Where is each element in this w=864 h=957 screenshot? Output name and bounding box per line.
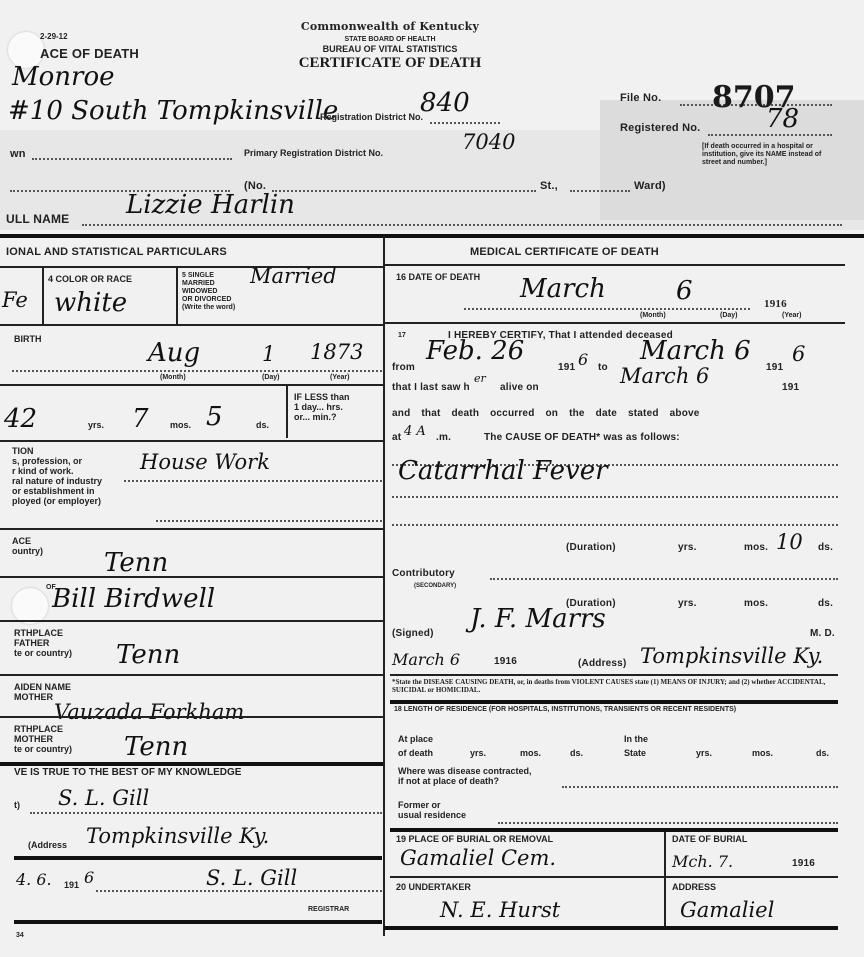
last-saw-value: March 6 [620, 364, 709, 388]
burial-place-label: 19 PLACE OF BURIAL OR REMOVAL [396, 834, 553, 844]
divider [0, 234, 864, 238]
yrs-label-3: yrs. [470, 748, 486, 758]
marital-value: Married [250, 264, 337, 288]
mos-label-2: mos. [744, 598, 768, 609]
place-of-death-label: ACE OF DEATH [40, 46, 139, 61]
ds-label-3: ds. [570, 748, 583, 758]
attended-from: Feb. 26 [426, 336, 524, 366]
informant-label: t) [14, 800, 20, 810]
less-than-note: IF LESS than 1 day... hrs. or... min.? [294, 392, 350, 422]
at-place-label: At place [398, 734, 433, 744]
cause-label: The CAUSE OF DEATH* was as follows: [484, 432, 680, 443]
divider [0, 674, 383, 676]
contributory-label: Contributory [392, 568, 455, 579]
option-married: MARRIED [182, 280, 215, 287]
birth-label: BIRTH [14, 334, 42, 344]
dotted-line [272, 190, 536, 192]
mother-birthplace-labels: RTHPLACE MOTHER te or country) [14, 724, 72, 754]
age-days: 5 [206, 402, 223, 432]
occupation-label-line: r kind of work. [12, 466, 102, 476]
ward-label: Ward) [634, 180, 666, 192]
burial-year: 1916 [792, 858, 815, 869]
ds-label: ds. [818, 542, 833, 553]
divider [385, 322, 845, 324]
birth-month: Aug [148, 338, 200, 368]
signed-year: 1916 [494, 656, 517, 667]
dotted-line [490, 578, 838, 580]
death-year: 1916 [764, 298, 787, 310]
date-of-death-label: 16 DATE OF DEATH [396, 272, 480, 282]
primary-district-value: 7040 [462, 130, 515, 154]
birthplace-value: Tenn [104, 548, 168, 578]
burial-date-value: Mch. 7. [672, 852, 733, 871]
undertaker-address-value: Gamaliel [680, 898, 774, 922]
commonwealth-title: Commonwealth of Kentucky [270, 20, 510, 33]
alive-year-label: 191 [782, 382, 799, 393]
dotted-line [498, 822, 838, 824]
yrs-label: yrs. [678, 542, 697, 553]
option-divorced: OR DIVORCED [182, 296, 231, 303]
mos-label: mos. [170, 420, 191, 430]
ds-label: ds. [256, 420, 269, 430]
divider [0, 576, 383, 578]
sex-value: Fe [2, 288, 28, 312]
mos-label-3: mos. [520, 748, 541, 758]
label-line: te or country) [14, 744, 72, 754]
occupation-value: House Work [140, 450, 270, 474]
attended-from-year: 6 [578, 350, 588, 369]
divider [286, 386, 288, 438]
last-saw-pronoun: er [474, 372, 486, 385]
attended-to: March 6 [640, 336, 751, 366]
label-line: RTHPLACE [14, 724, 72, 734]
from-label: from [392, 362, 415, 373]
last-saw-label: that I last saw h [392, 382, 470, 393]
label-line: te or country) [14, 648, 72, 658]
ds-label-2: ds. [818, 598, 833, 609]
filed-year-suffix: 6 [84, 868, 94, 887]
age-years: 42 [4, 404, 37, 434]
father-birthplace-value: Tenn [116, 640, 180, 670]
divider [390, 828, 838, 832]
year-caption: (Year) [782, 312, 801, 320]
undertaker-value: N. E. Hurst [440, 898, 560, 922]
label-line: if not at place of death? [398, 776, 532, 786]
age-months: 7 [132, 404, 149, 434]
punch-hole [12, 588, 48, 624]
to-year-label: 191 [766, 362, 783, 373]
divider [42, 268, 44, 324]
divider [0, 716, 383, 718]
signed-label: (Signed) [392, 628, 434, 639]
physician-value: J. F. Marrs [470, 604, 606, 634]
township-value: #10 South Tompkinsville [8, 96, 338, 126]
form-code: 2-29-12 [40, 32, 68, 42]
burial-date-label: DATE OF BURIAL [672, 834, 747, 844]
undertaker-address-label: ADDRESS [672, 882, 716, 892]
father-birthplace-labels: RTHPLACE FATHER te or country) [14, 628, 72, 658]
race-value: white [54, 288, 127, 318]
death-day: 6 [676, 276, 693, 306]
duration-label: (Duration) [566, 542, 616, 553]
file-no-label: File No. [620, 92, 661, 104]
dotted-line [12, 370, 382, 372]
divider [390, 674, 838, 676]
state-label: State [624, 748, 646, 758]
registered-no-label: Registered No. [620, 122, 700, 134]
from-year-label: 191 [558, 362, 575, 373]
contracted-label: Where was disease contracted, if not at … [398, 766, 532, 786]
registration-district-label: Registration District No. [320, 112, 423, 122]
label-line: MOTHER [14, 734, 72, 744]
divider [384, 926, 838, 930]
town-label: wn [10, 148, 26, 160]
dotted-line [96, 890, 382, 892]
death-certificate: 2-29-12 ACE OF DEATH Monroe #10 South To… [0, 0, 864, 957]
physician-address: Tompkinsville Ky. [640, 644, 823, 668]
death-month: March [520, 274, 606, 304]
marital-options: 5 SINGLE MARRIED WIDOWED OR DIVORCED (Wr… [182, 272, 235, 312]
former-residence-label: Former or usual residence [398, 800, 466, 820]
divider [0, 440, 383, 442]
bureau-label: BUREAU OF VITAL STATISTICS [270, 44, 510, 54]
header-block: Commonwealth of Kentucky STATE BOARD OF … [270, 20, 510, 72]
full-name-label: ULL NAME [6, 212, 69, 226]
dotted-line [156, 520, 382, 522]
dotted-line [82, 224, 842, 226]
in-the-label: In the [624, 734, 648, 744]
cause-footnote: *State the DISEASE CAUSING DEATH, or, in… [392, 678, 838, 694]
county-value: Monroe [12, 62, 115, 92]
yrs-label-4: yrs. [696, 748, 712, 758]
column-divider [383, 236, 385, 936]
divider [14, 920, 382, 924]
occupation-label-line: TION [12, 446, 102, 456]
divider [0, 528, 383, 530]
birthplace-label-line: ountry) [12, 546, 43, 556]
occupation-label-line: ployed (or employer) [12, 496, 102, 506]
informant-address-label: (Address [28, 840, 67, 850]
divider [0, 620, 383, 622]
street-label: St., [540, 180, 558, 192]
mos-label-4: mos. [752, 748, 773, 758]
divider [176, 268, 178, 324]
father-value: Bill Birdwell [52, 584, 215, 614]
divider [390, 876, 838, 878]
burial-place-value: Gamaliel Cem. [400, 846, 556, 870]
dotted-line [30, 812, 382, 814]
divider [390, 700, 838, 704]
at-label: at [392, 432, 401, 443]
month-caption: (Month) [160, 374, 186, 382]
divider [0, 762, 383, 766]
address-label: (Address) [578, 658, 626, 669]
month-caption: (Month) [640, 312, 666, 320]
registration-district-value: 840 [420, 88, 470, 118]
registrar-caption: REGISTRAR [308, 906, 349, 914]
dotted-line [392, 496, 838, 498]
medical-section-title: MEDICAL CERTIFICATE OF DEATH [470, 246, 659, 258]
dotted-line [708, 134, 832, 136]
option-widowed: WIDOWED [182, 288, 217, 295]
of-death-label: of death [398, 748, 433, 758]
dotted-line [32, 158, 232, 160]
residence-label: 18 LENGTH OF RESIDENCE (FOR HOSPITALS, I… [394, 706, 838, 714]
field-number: 5 [182, 272, 186, 279]
yrs-label-2: yrs. [678, 598, 697, 609]
yrs-label: yrs. [88, 420, 104, 430]
dotted-line [570, 190, 630, 192]
to-label: to [598, 362, 608, 373]
divider [0, 384, 383, 386]
registered-no-value: 78 [766, 104, 799, 134]
label-line: FATHER [14, 638, 72, 648]
label-line: Former or [398, 800, 466, 810]
md-label: M. D. [810, 628, 835, 639]
cause-value: Catarrhal Fever [398, 456, 608, 486]
option-write-hint: (Write the word) [182, 304, 235, 311]
duration-days: 10 [776, 530, 803, 554]
informant-address-value: Tompkinsville Ky. [86, 824, 269, 848]
occupation-label-line: or establishment in [12, 486, 102, 496]
day-caption: (Day) [720, 312, 738, 320]
occupation-labels: TION s, profession, or r kind of work. r… [12, 446, 102, 506]
certify-number: 17 [398, 332, 406, 340]
divider [0, 324, 383, 326]
alive-on-label: alive on [500, 382, 539, 393]
occupation-label-line: s, profession, or [12, 456, 102, 466]
undertaker-label: 20 UNDERTAKER [396, 882, 471, 892]
m-label: .m. [436, 432, 451, 443]
mos-label: mos. [744, 542, 768, 553]
board-label: STATE BOARD OF HEALTH [270, 36, 510, 44]
divider [14, 856, 382, 860]
divider [664, 832, 666, 928]
ds-label-4: ds. [816, 748, 829, 758]
death-occurred-text: and that death occurred on the date stat… [392, 408, 700, 419]
dotted-line [430, 122, 500, 124]
birthplace-label-line: ACE [12, 536, 43, 546]
less-than-line: or... min.? [294, 412, 350, 422]
race-label: 4 COLOR OR RACE [48, 274, 132, 284]
less-than-line: 1 day... hrs. [294, 402, 350, 412]
time-value: 4 A [404, 424, 426, 439]
personal-section-title: IONAL AND STATISTICAL PARTICULARS [6, 246, 227, 258]
dotted-line [392, 524, 838, 526]
full-name-value: Lizzie Harlin [126, 190, 295, 220]
mother-maiden-labels: AIDEN NAME MOTHER [14, 682, 71, 702]
label-line: AIDEN NAME [14, 682, 71, 692]
label-line: RTHPLACE [14, 628, 72, 638]
certificate-title: CERTIFICATE OF DEATH [270, 55, 510, 72]
signed-date: March 6 [392, 650, 460, 669]
label-line: Where was disease contracted, [398, 766, 532, 776]
mother-birthplace-value: Tenn [124, 732, 188, 762]
dotted-line [464, 308, 750, 310]
label-line: usual residence [398, 810, 466, 820]
secondary-label: (SECONDARY) [414, 582, 456, 590]
filed-date-value: 4. 6. [16, 870, 52, 889]
option-single: SINGLE [188, 272, 214, 279]
dotted-line [124, 480, 382, 482]
primary-district-label: Primary Registration District No. [244, 148, 383, 158]
day-caption: (Day) [262, 374, 280, 382]
hospital-note: [If death occurred in a hospital or inst… [702, 143, 834, 167]
informant-heading: VE IS TRUE TO THE BEST OF MY KNOWLEDGE [14, 768, 241, 778]
divider [385, 264, 845, 266]
less-than-line: IF LESS than [294, 392, 350, 402]
mother-maiden-value: Vauzada Forkham [54, 700, 244, 724]
birthplace-labels: ACE ountry) [12, 536, 43, 556]
birth-year: 1873 [310, 340, 363, 364]
registrar-value: S. L. Gill [206, 866, 297, 890]
year-caption: (Year) [330, 374, 349, 382]
dotted-line [562, 786, 838, 788]
filed-year-prefix: 191 [64, 880, 79, 890]
informant-value: S. L. Gill [58, 786, 149, 810]
footer-code: 34 [16, 932, 24, 940]
occupation-label-line: ral nature of industry [12, 476, 102, 486]
birth-day: 1 [262, 342, 275, 366]
attended-to-year: 6 [792, 342, 805, 366]
